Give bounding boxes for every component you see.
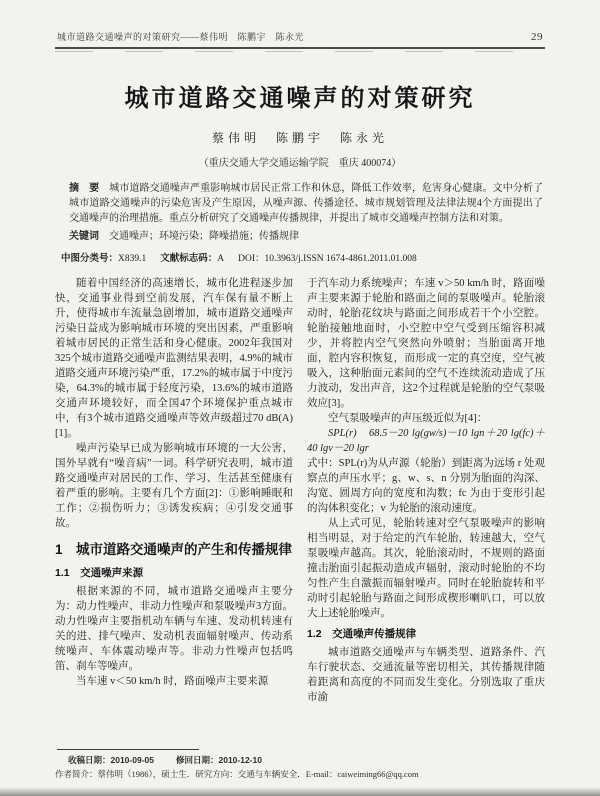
- doi-label: DOI：: [238, 254, 264, 264]
- classification-line: 中图分类号：X839.1文献标志码：ADOI：10.3963/j.ISSN 16…: [61, 250, 543, 264]
- pump-noise-paragraph: 于汽车动力系统噪声；车速 v＞50 km/h 时，路面噪声主要来源于轮胎和路面之…: [307, 276, 545, 411]
- abstract-label: 摘 要: [69, 183, 99, 194]
- spl-intro-paragraph: 空气泵吸噪声的声压级近似为[4]：: [307, 411, 545, 426]
- clc-number: 中图分类号：X839.1: [61, 254, 146, 264]
- abstract-text: 城市道路交通噪声严重影响城市居民正常工作和休息，降低工作效率，危害身心健康。文中…: [69, 183, 543, 224]
- header-rule-scan-artifact: [55, 51, 545, 52]
- scanned-paper-page: 城市道路交通噪声的对策研究——蔡伟明 陈鹏宇 陈永光 29 城市道路交通噪声的对…: [0, 0, 600, 796]
- author-names: 蔡伟明 陈鹏宇 陈永光: [55, 129, 545, 146]
- keywords-label: 关键词: [69, 231, 99, 242]
- running-header: 城市道路交通噪声的对策研究——蔡伟明 陈鹏宇 陈永光 29: [55, 30, 545, 47]
- affiliation: （重庆交通大学交通运输学院 重庆 400074）: [55, 154, 545, 169]
- intro-paragraph-2: 噪声污染早已成为影响城市环境的一大公害，国外早就有“噪音病”一词。科学研究表明，…: [55, 441, 293, 531]
- page-content: 城市道路交通噪声的对策研究——蔡伟明 陈鹏宇 陈永光 29 城市道路交通噪声的对…: [55, 30, 545, 724]
- intro-paragraph-1: 随着中国经济的高速增长，城市化进程逐步加快，交通事业得到空前发展，汽车保有量不断…: [55, 276, 293, 441]
- footnote-separator: [57, 749, 199, 750]
- article-title: 城市道路交通噪声的对策研究: [55, 78, 545, 113]
- formula-variables-paragraph: 式中：SPL(r)为从声源（轮胎）到距离为远场 r 处观察点的声压水平；g、w、…: [307, 456, 545, 516]
- header-rule: [55, 47, 545, 49]
- doi: DOI：10.3963/j.ISSN 1674-4861.2011.01.008: [238, 254, 417, 264]
- propagation-paragraph: 城市道路交通噪声与车辆类型、道路条件、汽车行驶状态、交通流量等密切相关，其传播规…: [307, 645, 545, 705]
- scan-edge: [0, 787, 600, 796]
- section-1-1-heading: 1.1 交通噪声来源: [55, 566, 293, 581]
- clc-value: X839.1: [118, 254, 146, 264]
- noise-sources-paragraph: 根据来源的不同，城市道路交通噪声主要分为：动力性噪声、非动力性噪声和泵吸噪声3方…: [55, 584, 293, 674]
- received-date: 收稿日期：2010-09-05: [68, 755, 154, 765]
- keywords-line: 关键词交通噪声；环境污染；降噪措施；传播规律: [69, 230, 543, 244]
- keywords-text: 交通噪声；环境污染；降噪措施；传播规律: [109, 231, 299, 242]
- spl-formula: SPL(r) 68.5－20 lg(gw/s)－10 lgn＋20 lg(fc)…: [307, 426, 545, 456]
- doi-value: 10.3963/j.ISSN 1674-4861.2011.01.008: [265, 254, 417, 264]
- revised-date: 修回日期：2010-12-10: [176, 755, 262, 765]
- section-1-2-heading: 1.2 交通噪声传播规律: [307, 627, 545, 642]
- running-header-title: 城市道路交通噪声的对策研究——蔡伟明 陈鹏宇 陈永光: [57, 30, 304, 43]
- document-code: 文献标志码：A: [160, 254, 224, 264]
- speed-condition-paragraph: 当车速 v＜50 km/h 时，路面噪声主要来源: [55, 674, 293, 689]
- section-1-heading: 1 城市道路交通噪声的产生和传播规律: [55, 540, 293, 559]
- doc-code-label: 文献标志码：: [160, 253, 217, 264]
- right-column: 于汽车动力系统噪声；车速 v＞50 km/h 时，路面噪声主要来源于轮胎和路面之…: [307, 276, 545, 724]
- two-column-body: 随着中国经济的高速增长，城市化进程逐步加快，交通事业得到空前发展，汽车保有量不断…: [55, 276, 545, 724]
- abstract-block: 摘 要城市道路交通噪声严重影响城市居民正常工作和休息，降低工作效率，危害身心健康…: [69, 181, 543, 226]
- clc-label: 中图分类号：: [61, 253, 118, 264]
- page-number: 29: [531, 31, 543, 43]
- dates-line: 收稿日期：2010-09-05修回日期：2010-12-10: [68, 754, 262, 766]
- left-column: 随着中国经济的高速增长，城市化进程逐步加快，交通事业得到空前发展，汽车保有量不断…: [55, 276, 293, 724]
- author-biography: 作者简介：蔡伟明（1986），硕士生．研究方向：交通与车辆安全．E-mail：c…: [55, 768, 419, 780]
- tire-noise-analysis-paragraph: 从上式可见，轮胎转速对空气泵吸噪声的影响相当明显，对于给定的汽车轮胎，转速越大，…: [307, 516, 545, 621]
- doc-code-value: A: [217, 254, 224, 264]
